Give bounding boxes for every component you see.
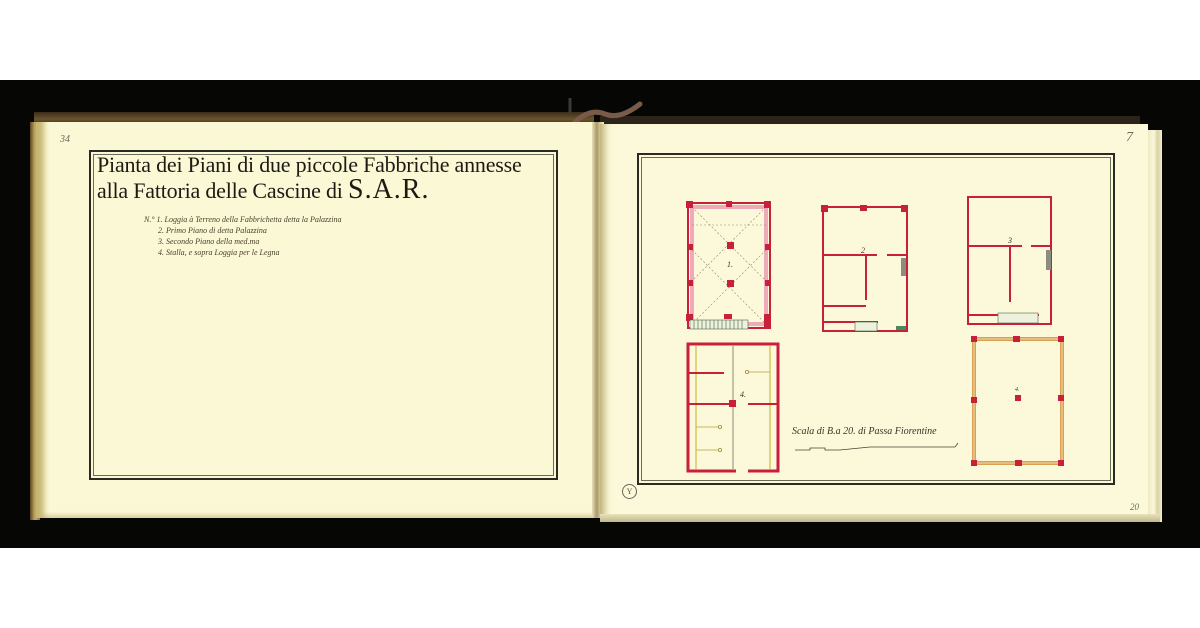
scale-bar (795, 443, 958, 450)
plan-3-label: 3 (1007, 236, 1012, 245)
plan-2-label: 2 (861, 246, 865, 255)
floor-plans-drawing: 1. 2 3 (0, 0, 1200, 628)
plan-1-label: 1. (727, 260, 733, 269)
plan-4-upper-loggia: 4. (971, 336, 1064, 466)
plan-3-second-floor: 3 (968, 197, 1051, 324)
plan-4-stable: 4. (688, 344, 778, 473)
plan-2-first-floor: 2 (821, 205, 908, 331)
plan-1-loggia: 1. (686, 201, 771, 329)
scale-label: Scala di B.a 20. di Passa Fiorentine (792, 426, 937, 437)
plan-4b-label: 4. (1015, 386, 1020, 393)
plan-4a-label: 4. (740, 390, 746, 399)
